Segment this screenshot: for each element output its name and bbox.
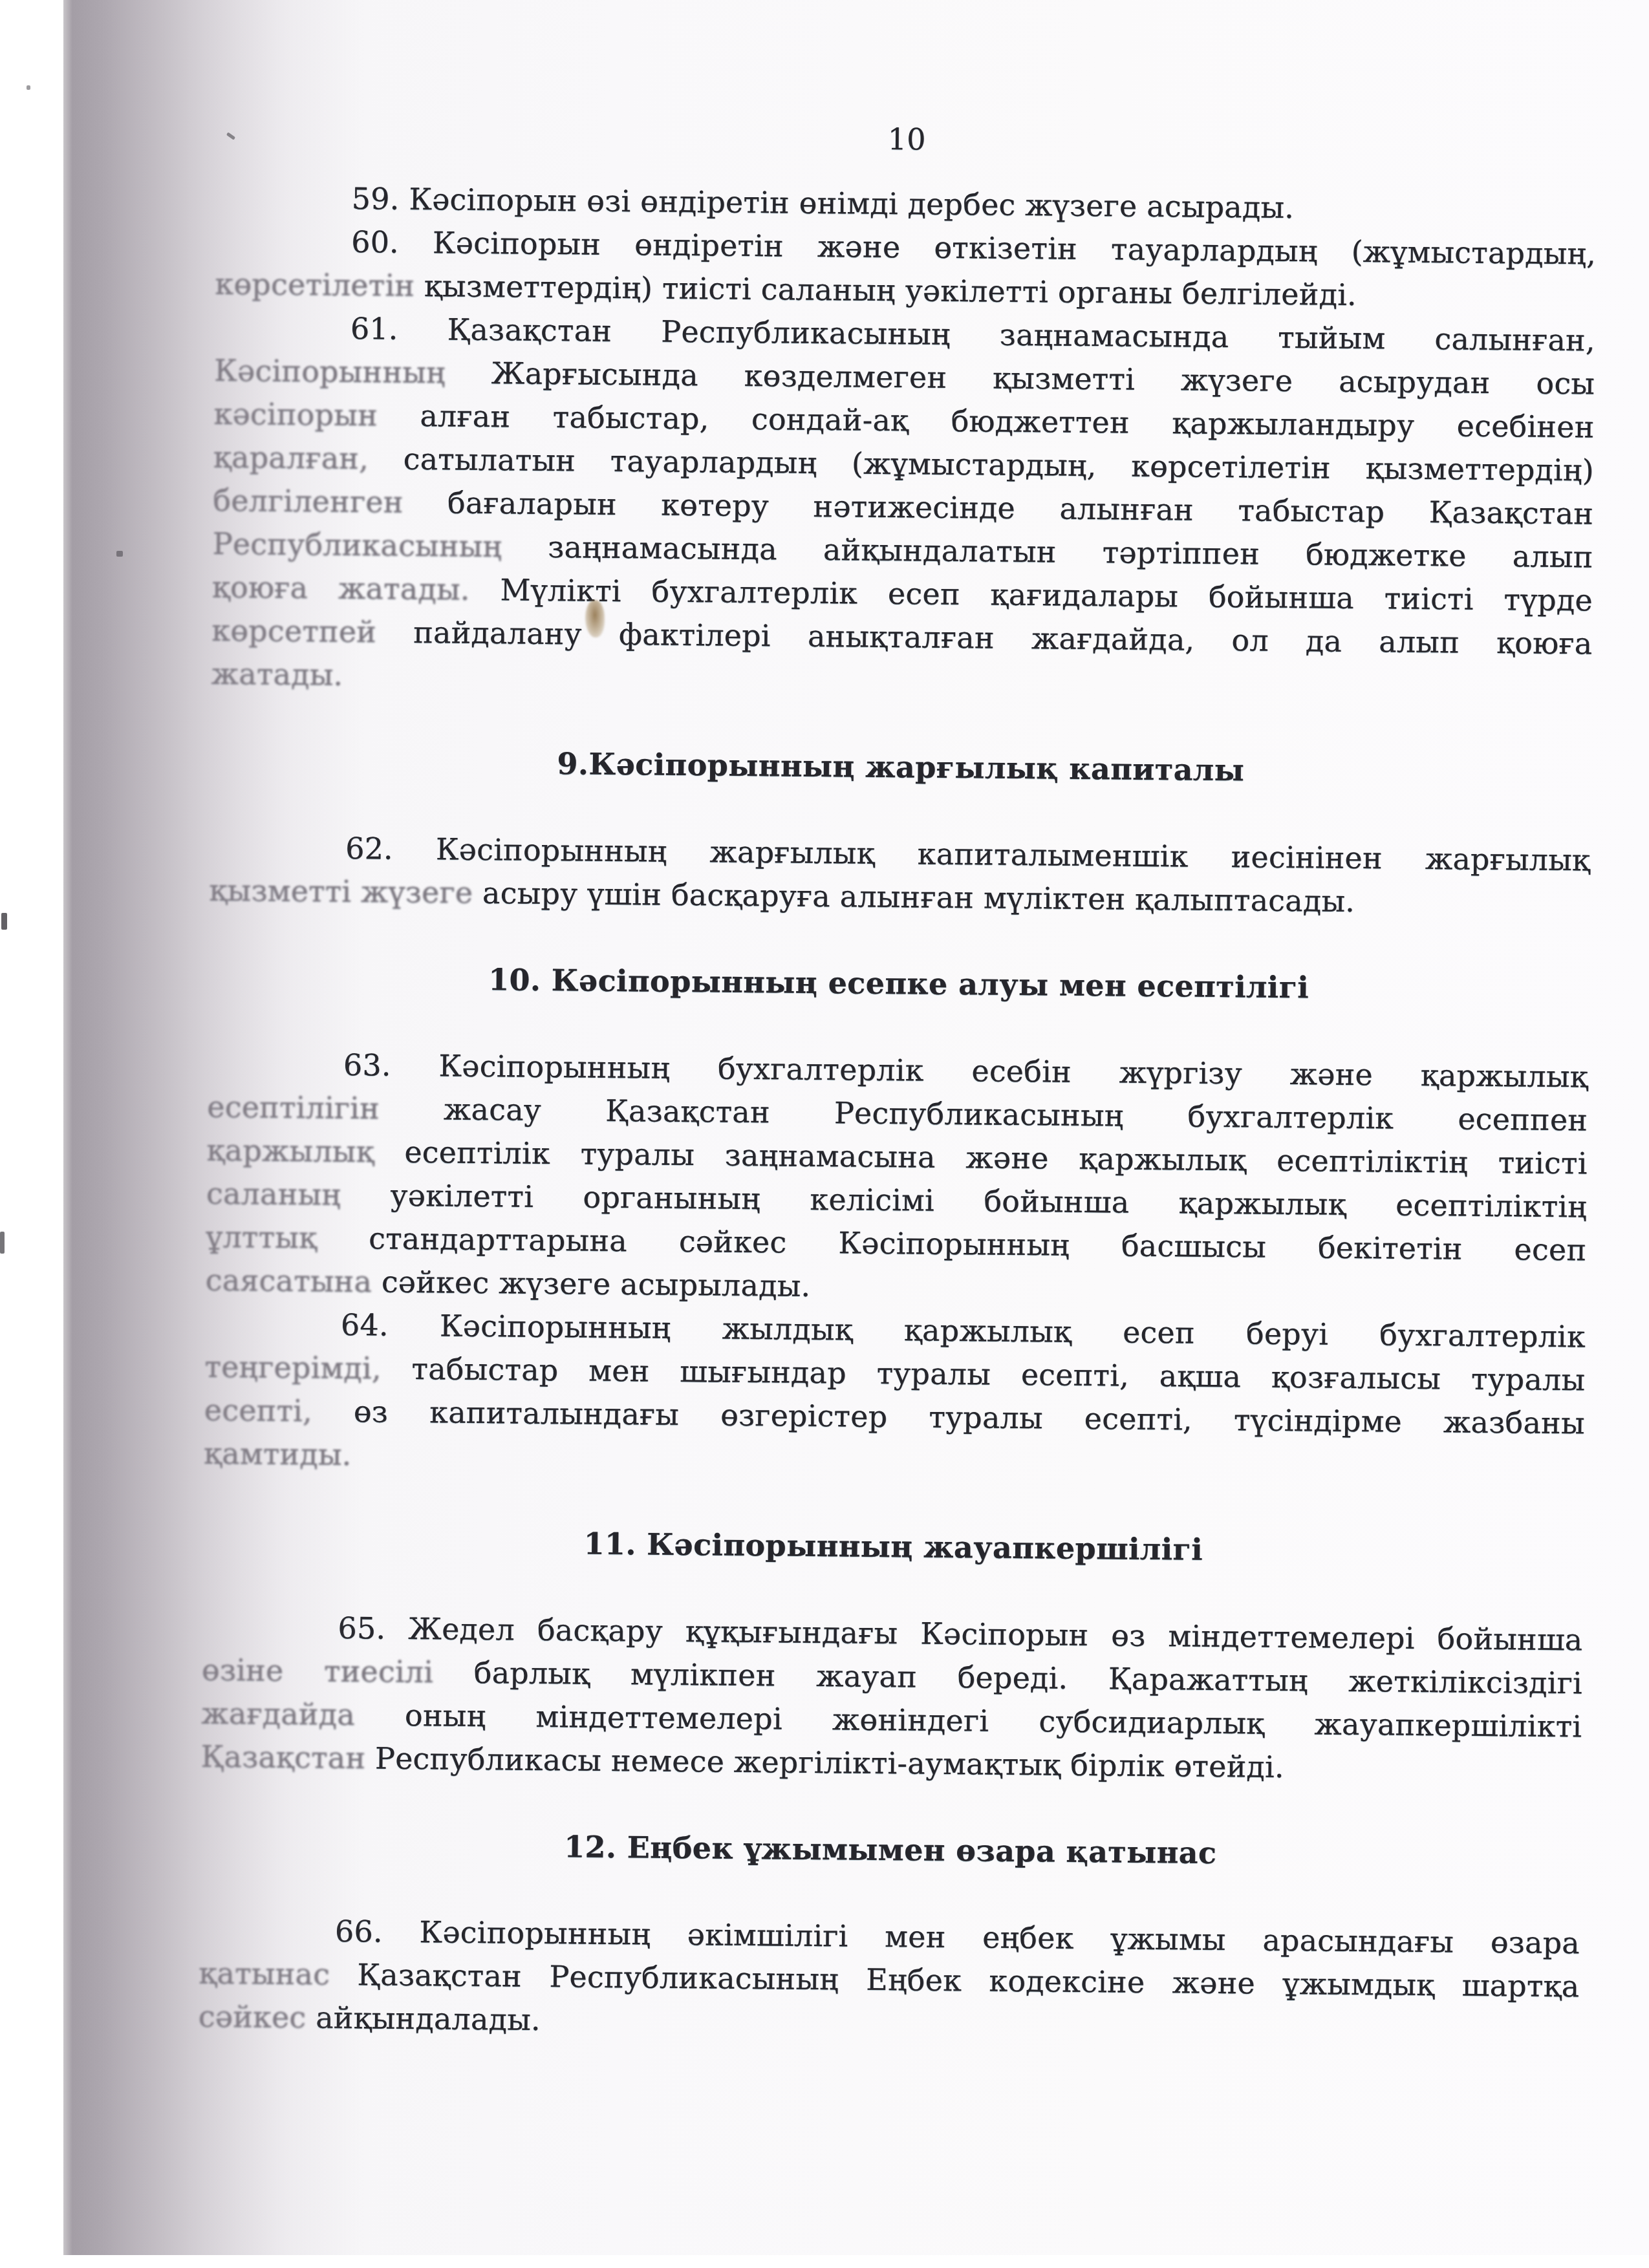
paragraph: 63. Кәсіпорынның бухгалтерлік есебін жүр…	[205, 1042, 1588, 1315]
line-text: сәйкес жүзеге асырылады.	[382, 1265, 811, 1303]
line-text: қызметтердің) тиісті саланың уәкілетті о…	[424, 268, 1357, 312]
line-text: айқындалады.	[316, 2000, 541, 2037]
smudged-text: көрсетілетін	[215, 266, 415, 303]
smudged-text: қызметті жүзеге	[209, 873, 473, 910]
smudged-text: Қазақстан	[200, 1739, 365, 1775]
line-text: Қазақстан Республикасының Еңбек кодексін…	[357, 1957, 1579, 2004]
section-heading: 12. Еңбек ұжымымен өзара қатынас	[200, 1822, 1581, 1878]
smudged-text: қамтиды.	[204, 1436, 352, 1472]
line-text: 63. Кәсіпорынның бухгалтерлік есебін жүр…	[343, 1047, 1588, 1094]
line-text: 66. Кәсіпорынның әкімшілігі мен еңбек ұж…	[335, 1914, 1580, 1960]
paragraph: 61. Қазақстан Республикасының заңнамасын…	[211, 306, 1595, 709]
smudged-text: белгіленген	[213, 483, 404, 520]
smudged-text: жағдайда	[201, 1696, 355, 1732]
smudged-text: саясатына	[205, 1263, 372, 1299]
paragraph: 62. Кәсіпорынның жарғылық капиталыменшік…	[209, 826, 1590, 925]
line-text: 62. Кәсіпорынның жарғылық капиталыменшік…	[345, 831, 1590, 877]
paragraph: 60. Кәсіпорын өндіретін және өткізетін т…	[215, 219, 1596, 319]
line-text: 61. Қазақстан Республикасының заңнамасын…	[350, 311, 1595, 358]
paragraph: 66. Кәсіпорынның әкімшілігі мен еңбек ұж…	[198, 1909, 1580, 2051]
scan-artifact	[0, 1232, 5, 1254]
smudged-text: өзіне тиесілі	[202, 1653, 434, 1689]
page-content: 10 59. Кәсіпорын өзі өндіретін өнімді де…	[198, 111, 1597, 2051]
line-text: бағаларын көтеру нәтижесінде алынған таб…	[447, 485, 1594, 531]
smudged-text: қатынас	[199, 1956, 330, 1992]
line-text: асыру үшін басқаруға алынған мүліктен қа…	[482, 875, 1355, 919]
smudged-text: жатады.	[211, 656, 343, 692]
line-text: Мүлікті бухгалтерлік есеп қағидалары бой…	[500, 572, 1593, 617]
scan-artifact	[116, 551, 123, 557]
smudged-text: ұлттық	[206, 1219, 317, 1256]
scanner-background	[0, 2255, 1649, 2268]
paragraph: 65. Жедел басқару құқығындағы Кәсіпорын …	[200, 1605, 1582, 1792]
line-text: уәкілетті органының келісімі бойынша қар…	[390, 1178, 1587, 1225]
section-heading: 11. Кәсіпорынның жауапкершілігі	[202, 1519, 1584, 1575]
line-text: алған табыстар, сондай-ақ бюджеттен қарж…	[420, 398, 1595, 444]
smudged-text: есепті,	[204, 1393, 312, 1429]
line-text: Республикасы немесе жергілікті-аумақтық …	[375, 1740, 1284, 1784]
section-heading: 9.Кәсіпорынның жарғылық капиталы	[210, 739, 1591, 795]
line-text: 65. Жедел басқару құқығындағы Кәсіпорын …	[338, 1610, 1582, 1657]
section-heading: 10. Кәсіпорынның есепке алуы мен есептіл…	[208, 956, 1590, 1012]
line-text: жасау Қазақстан Республикасының бухгалте…	[444, 1091, 1588, 1137]
scan-artifact	[27, 85, 30, 90]
smudged-text: кәсіпорын	[213, 396, 378, 433]
scanned-document-screenshot: { "page": { "number": "10" }, "scan": { …	[0, 0, 1649, 2268]
smudged-text: теңгерімді,	[204, 1349, 382, 1386]
smudged-text: көрсетпей	[211, 613, 376, 649]
line-text: 60. Кәсіпорын өндіретін және өткізетін т…	[351, 224, 1596, 271]
line-text: стандарттарына сәйкес Кәсіпорынның басшы…	[369, 1221, 1587, 1267]
smudged-text: сәйкес	[198, 1999, 306, 2035]
smudged-text: қаралған,	[213, 440, 369, 476]
line-text: оның міндеттемелері жөніндегі субсидиарл…	[405, 1698, 1582, 1744]
document-body: 59. Кәсіпорын өзі өндіретін өнімді дербе…	[198, 176, 1597, 2051]
smudged-text: Республикасының	[212, 526, 502, 564]
smudged-text: Кәсіпорынның	[214, 353, 446, 390]
line-text: Жарғысында көзделмеген қызметті жүзеге а…	[491, 356, 1595, 401]
scan-artifact	[1, 913, 7, 930]
smudged-text: саланың	[206, 1176, 341, 1212]
line-text: заңнамасында айқындалатын тәртіппен бюдж…	[548, 530, 1593, 575]
smudged-text: есептілігін	[207, 1089, 380, 1126]
line-text: табыстар мен шығындар туралы есепті, ақш…	[411, 1351, 1585, 1397]
line-text: сатылатын тауарлардың (жұмыстардың, көрс…	[403, 442, 1594, 488]
smudged-text: қоюға жатады.	[212, 570, 470, 607]
line-text: барлық мүлікпен жауап береді. Қаражаттың…	[473, 1655, 1582, 1700]
line-text: есептілік туралы заңнамасына және қаржыл…	[404, 1135, 1588, 1181]
line-text: 59. Кәсіпорын өзі өндіретін өнімді дербе…	[351, 181, 1294, 225]
line-text: 64. Кәсіпорынның жылдық қаржылық есеп бе…	[341, 1307, 1586, 1354]
stain-mark	[585, 600, 605, 637]
paragraph: 64. Кәсіпорынның жылдық қаржылық есеп бе…	[204, 1302, 1586, 1488]
smudged-text: қаржылық	[206, 1133, 374, 1169]
line-text: өз капиталындағы өзгерістер туралы есепт…	[354, 1394, 1585, 1440]
